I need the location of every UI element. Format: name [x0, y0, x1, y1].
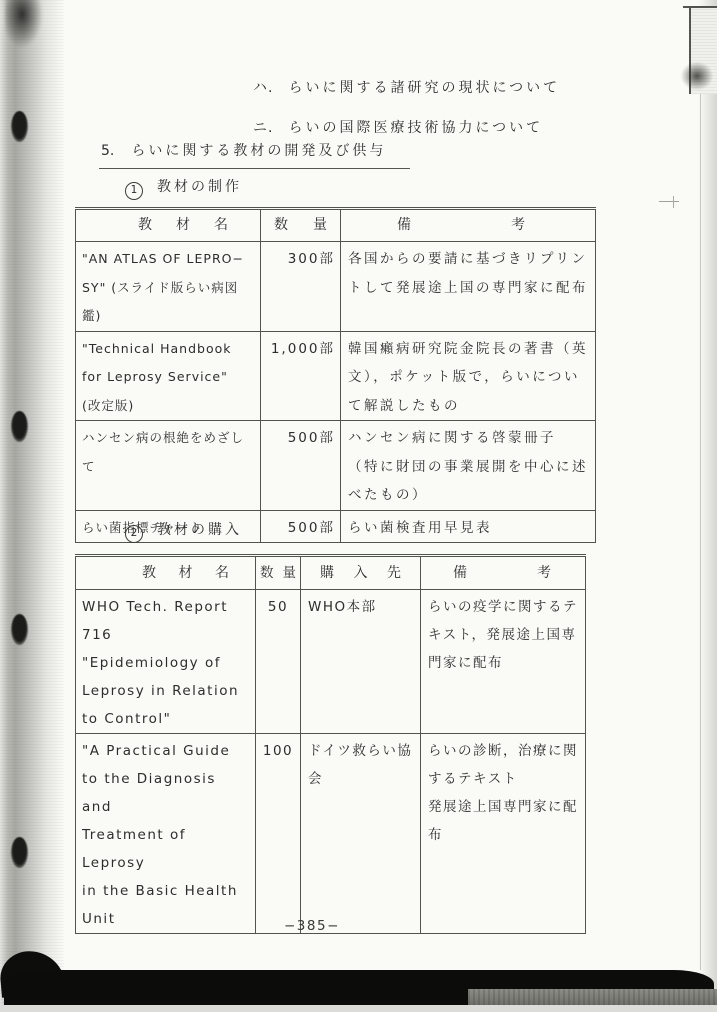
corner-stain	[5, 0, 43, 48]
column-header-name: 教材名	[76, 209, 261, 242]
page-edge-line	[700, 92, 701, 970]
cell-quantity: 100	[256, 734, 301, 934]
subsection-2-heading: 2教材の購入	[125, 519, 242, 543]
binding-hole-2	[11, 411, 28, 442]
materials-production-table: 教材名 数量 備考 "AN ATLAS OF LEPRO− SY" (スライド版…	[75, 207, 596, 543]
cell-quantity: 1,000部	[261, 331, 341, 421]
circled-number-icon: 2	[125, 525, 143, 543]
subsection-1-heading: 1教材の制作	[125, 176, 242, 200]
scan-artifact-mark	[659, 196, 683, 208]
subsection-title: 教材の購入	[157, 522, 242, 538]
binding-hole-3	[11, 614, 28, 645]
scanned-page: ハ.らいに関する諸研究の現状について ニ.らいの国際医療技術協力について 5.ら…	[0, 0, 717, 1012]
cell-note: らい菌検査用早見表	[341, 510, 596, 543]
bottom-page-edge	[468, 989, 717, 1006]
cell-quantity: 300部	[261, 242, 341, 332]
scanner-bed-edge	[0, 1005, 717, 1012]
table-header-row: 教材名 数量 購入先 備考	[76, 556, 586, 590]
cell-purchase-source: ドイツ救らい協 会	[301, 734, 421, 934]
list-item-marker: ニ.	[253, 120, 273, 136]
section-title: らいに関する教材の開発及び供与	[131, 143, 386, 159]
list-item-text: らいに関する諸研究の現状について	[288, 80, 560, 96]
table-row: "Technical Handbook for Leprosy Service"…	[76, 331, 596, 421]
cell-note: ハンセン病に関する啓蒙冊子 （特に財団の事業展開を中心に述 べたもの）	[341, 421, 596, 511]
cell-note: 韓国癩病研究院金院長の著書（英 文），ポケット版で，らいについ て解説したもの	[341, 331, 596, 421]
cell-material-name: WHO Tech. Report 716 "Epidemiology of Le…	[76, 590, 256, 734]
table-header-row: 教材名 数量 備考	[76, 209, 596, 242]
table-row: "A Practical Guide to the Diagnosis and …	[76, 734, 586, 934]
table-row: WHO Tech. Report 716 "Epidemiology of Le…	[76, 590, 586, 734]
column-header-qty: 数量	[261, 209, 341, 242]
cell-material-name: ハンセン病の根絶をめざし て	[76, 421, 261, 511]
section-number: 5.	[101, 143, 114, 159]
cell-quantity: 500部	[261, 421, 341, 511]
circled-number-icon: 1	[125, 182, 143, 200]
cell-quantity: 500部	[261, 510, 341, 543]
table-row: "AN ATLAS OF LEPRO− SY" (スライド版らい病図鑑) 300…	[76, 242, 596, 332]
list-item-ni: ニ.らいの国際医療技術協力について	[253, 117, 543, 137]
cell-note: らいの診断，治療に関 するテキスト 発展途上国専門家に配 布	[421, 734, 586, 934]
list-item-text: らいの国際医療技術協力について	[288, 120, 543, 136]
list-item-marker: ハ.	[253, 80, 273, 96]
column-header-qty: 数量	[256, 556, 301, 590]
cell-quantity: 50	[256, 590, 301, 734]
section-heading: 5.らいに関する教材の開発及び供与	[99, 140, 410, 169]
tab-clip-stain	[681, 62, 713, 90]
subsection-title: 教材の制作	[157, 179, 242, 195]
cell-material-name: "Technical Handbook for Leprosy Service"…	[76, 331, 261, 421]
binding-hole-4	[11, 837, 28, 868]
cell-material-name: "A Practical Guide to the Diagnosis and …	[76, 734, 256, 934]
page-number: −385−	[284, 918, 340, 934]
materials-purchase-table: 教材名 数量 購入先 備考 WHO Tech. Report 716 "Epid…	[75, 554, 586, 934]
column-header-note: 備考	[421, 556, 586, 590]
cell-material-name: "AN ATLAS OF LEPRO− SY" (スライド版らい病図鑑)	[76, 242, 261, 332]
column-header-note: 備考	[341, 209, 596, 242]
cell-note: らいの疫学に関するテ キスト，発展途上国専 門家に配布	[421, 590, 586, 734]
table-row: ハンセン病の根絶をめざし て 500部 ハンセン病に関する啓蒙冊子 （特に財団の…	[76, 421, 596, 511]
list-item-ha: ハ.らいに関する諸研究の現状について	[253, 77, 560, 97]
column-header-seller: 購入先	[301, 556, 421, 590]
cell-purchase-source: WHO本部	[301, 590, 421, 734]
binding-hole-1	[11, 111, 28, 142]
binding-shadow	[0, 0, 64, 1012]
column-header-name: 教材名	[76, 556, 256, 590]
cell-note: 各国からの要請に基づきリプリン トして発展途上国の専門家に配布	[341, 242, 596, 332]
